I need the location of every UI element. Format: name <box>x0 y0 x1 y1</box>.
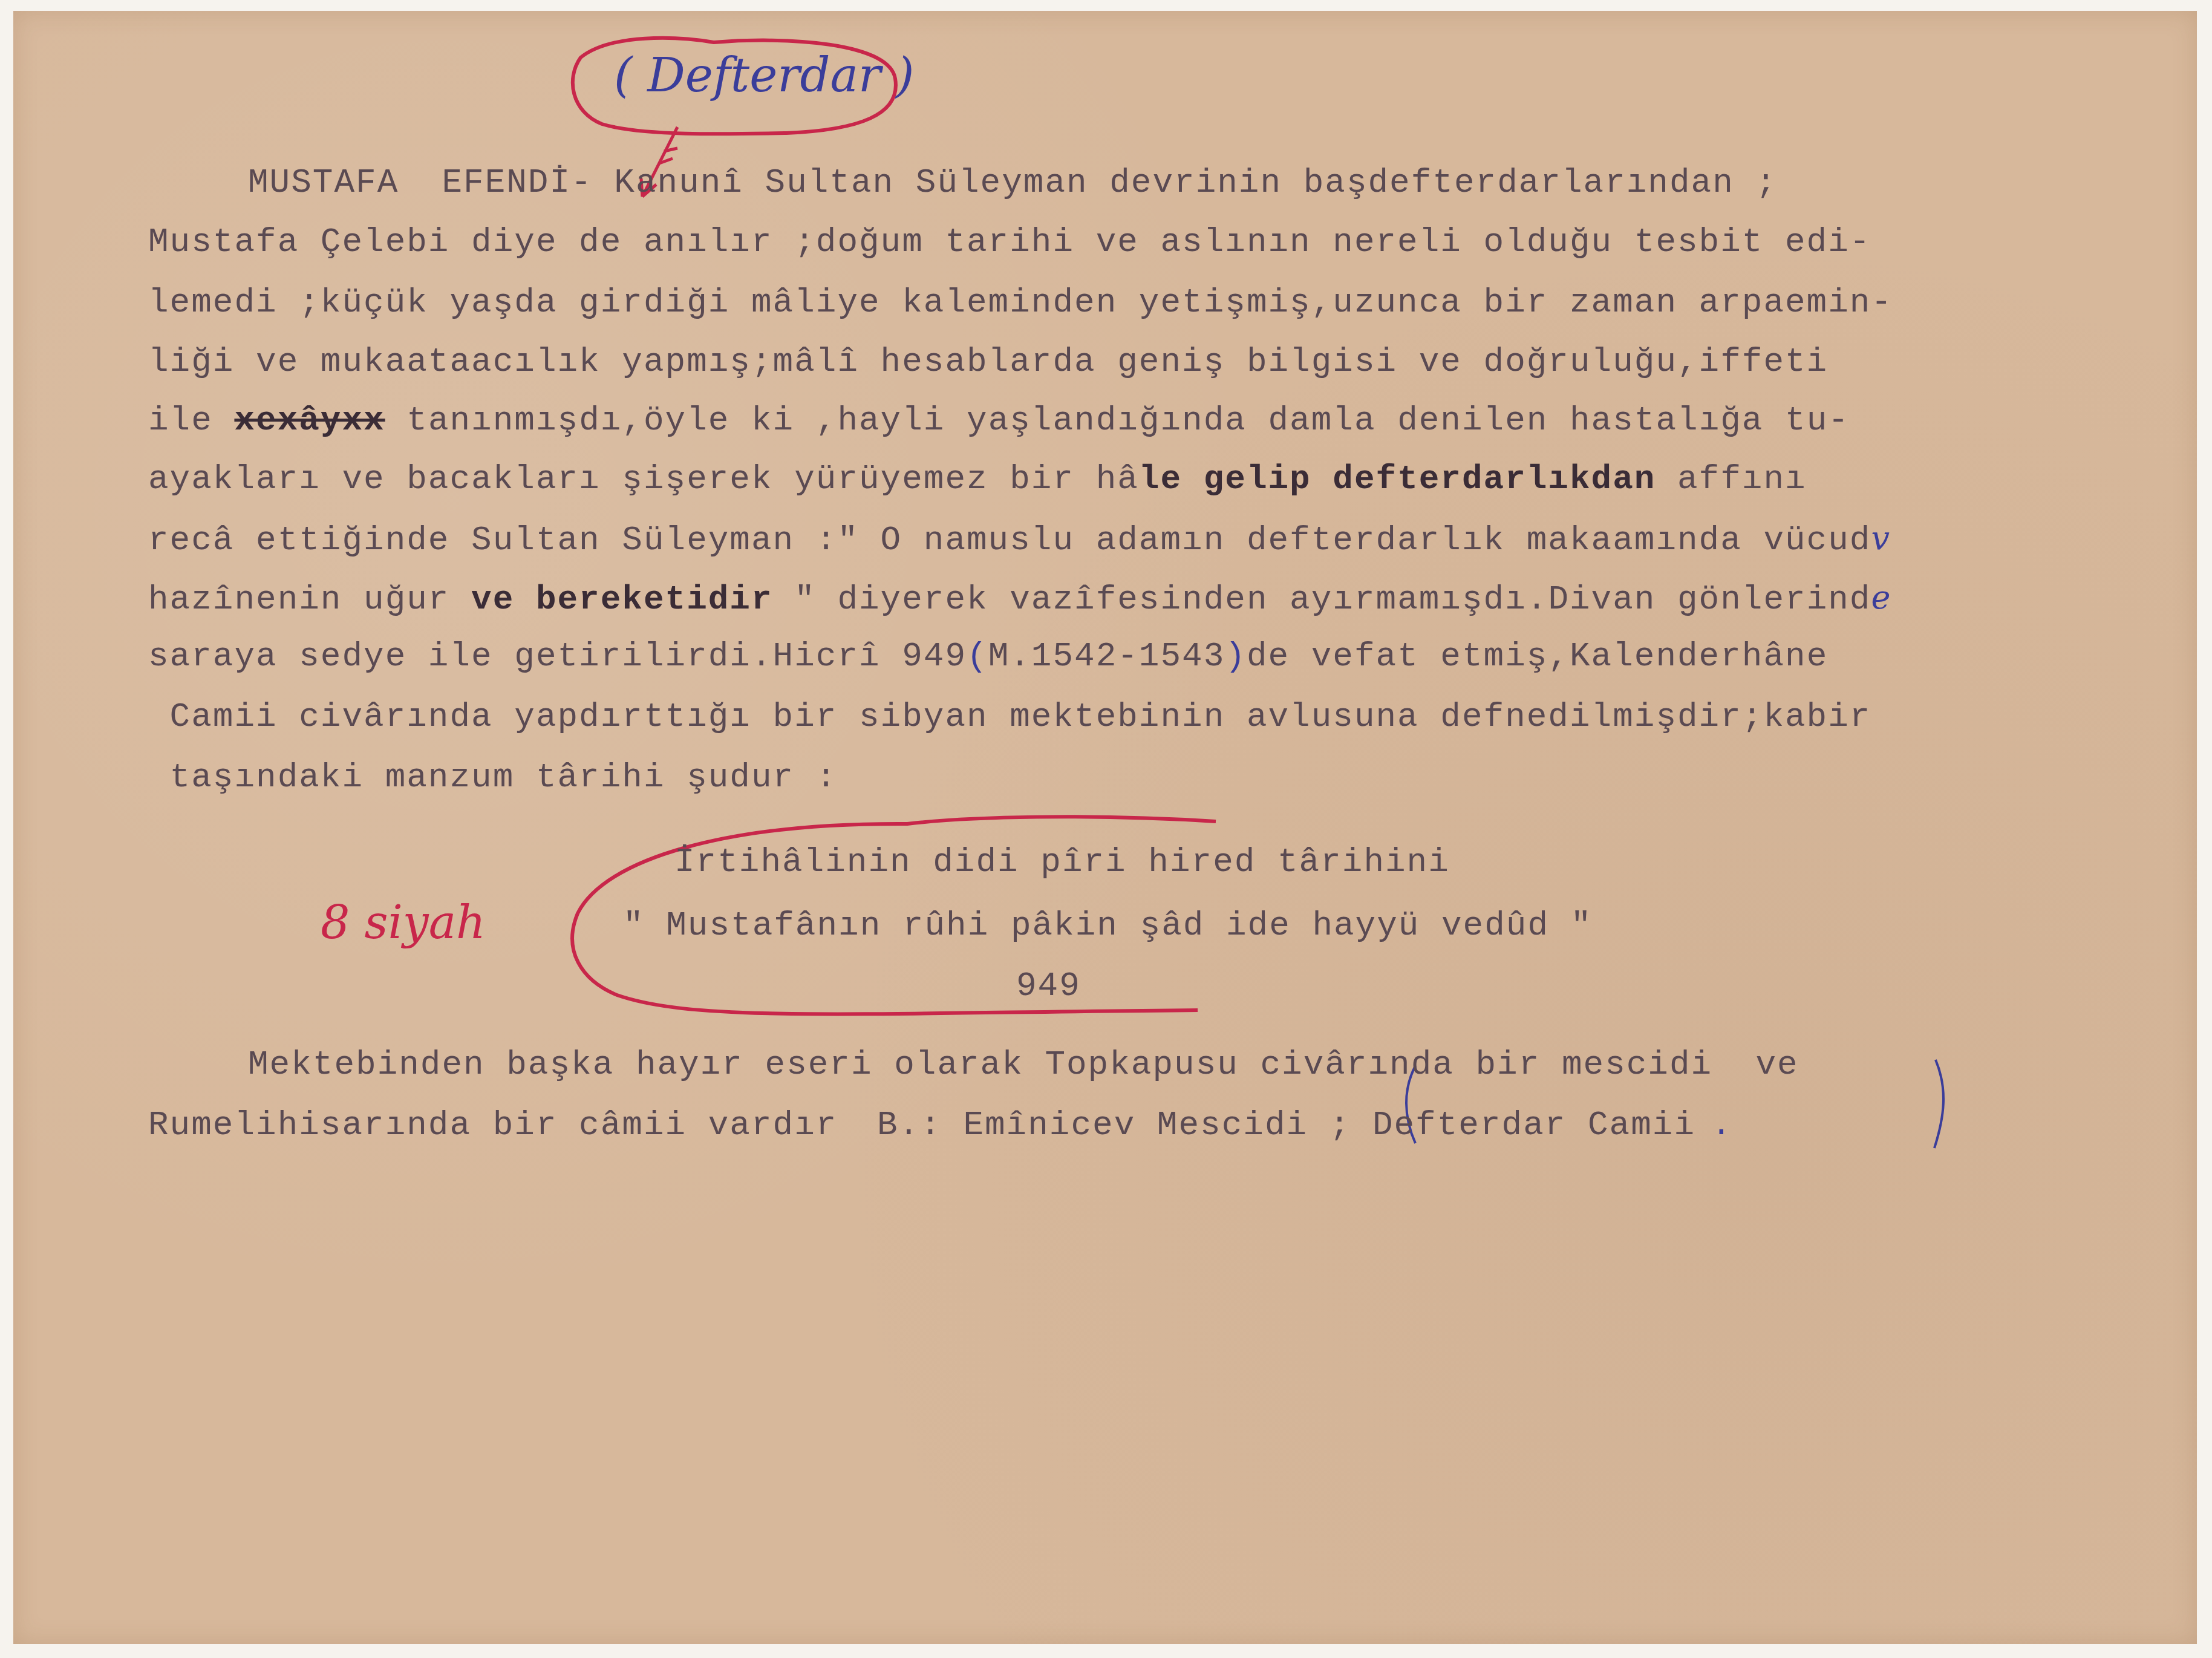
entry-line-8: hazînenin uğur ve bereketidir " diyerek … <box>148 579 1891 618</box>
closing-line-2: Rumelihisarında bir câmii vardır B.: Emî… <box>148 1107 1733 1143</box>
entry-line-7: recâ ettiğinde Sultan Süleyman :" O namu… <box>148 520 1891 558</box>
entry-line-11: taşındaki manzum târihi şudur : <box>148 759 837 795</box>
epitaph-verse-1: İrtihâlinin didi pîri hired târihini <box>674 844 1450 880</box>
entry-line-6: ayakları ve bacakları şişerek yürüyemez … <box>148 461 1807 497</box>
epitaph-verse-2: " Mustafânın rûhi pâkin şâd ide hayyü ve… <box>623 907 1592 944</box>
entry-line-2: Mustafa Çelebi diye de anılır ;doğum tar… <box>148 224 1871 260</box>
struck-word: xexâyxx <box>234 401 385 440</box>
closing-line-1: Mektebinden başka hayır eseri olarak Top… <box>248 1046 1799 1083</box>
entry-heading: MUSTAFA EFENDİ <box>248 163 571 202</box>
entry-line-10: Camii civârında yapdırttığı bir sibyan m… <box>148 699 1871 735</box>
reference: B.: Emînicev Mescidi ; Defterdar Camii <box>877 1106 1695 1144</box>
epitaph-year: 949 <box>1016 968 1081 1004</box>
entry-line-3: lemedi ;küçük yaşda girdiği mâliye kalem… <box>148 284 1893 321</box>
entry-line-1: MUSTAFA EFENDİ- Kanunî Sultan Süleyman d… <box>248 165 1777 201</box>
entry-line-4: liği ve mukaataacılık yapmış;mâlî hesabl… <box>148 344 1828 380</box>
entry-line-5: ile xexâyxx tanınmışdı,öyle ki ,hayli ya… <box>148 402 1850 439</box>
top-annotation-defterdar: ( Defterdar ) <box>614 48 915 103</box>
entry-line-9: saraya sedye ile getirilirdi.Hicrî 949(M… <box>148 638 1828 674</box>
margin-annotation: 8 siyah <box>321 895 486 949</box>
